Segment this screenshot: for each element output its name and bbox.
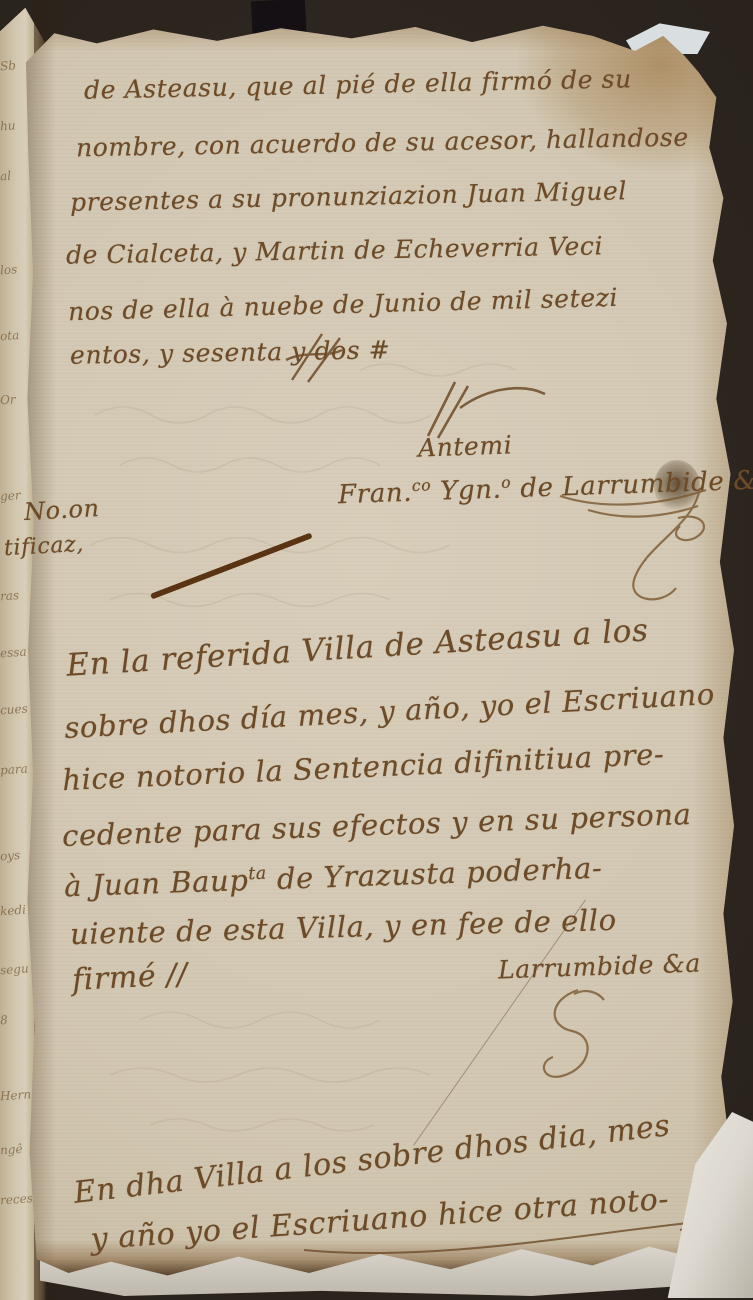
margin-note: No.on (23, 494, 100, 526)
aged-edge-right (692, 22, 734, 1278)
paragraph-end-mark (282, 328, 346, 390)
signature-rubric (516, 986, 608, 1090)
margin-note: tificaz, (3, 532, 84, 561)
aged-edge-top (26, 22, 734, 52)
manuscript-photo: Sb hu al los ota Or ger ras essa cues pa… (0, 0, 753, 1300)
firme-mark: firmé // (71, 957, 188, 998)
signature-rubric (558, 458, 728, 608)
pen-flourish (400, 378, 550, 440)
